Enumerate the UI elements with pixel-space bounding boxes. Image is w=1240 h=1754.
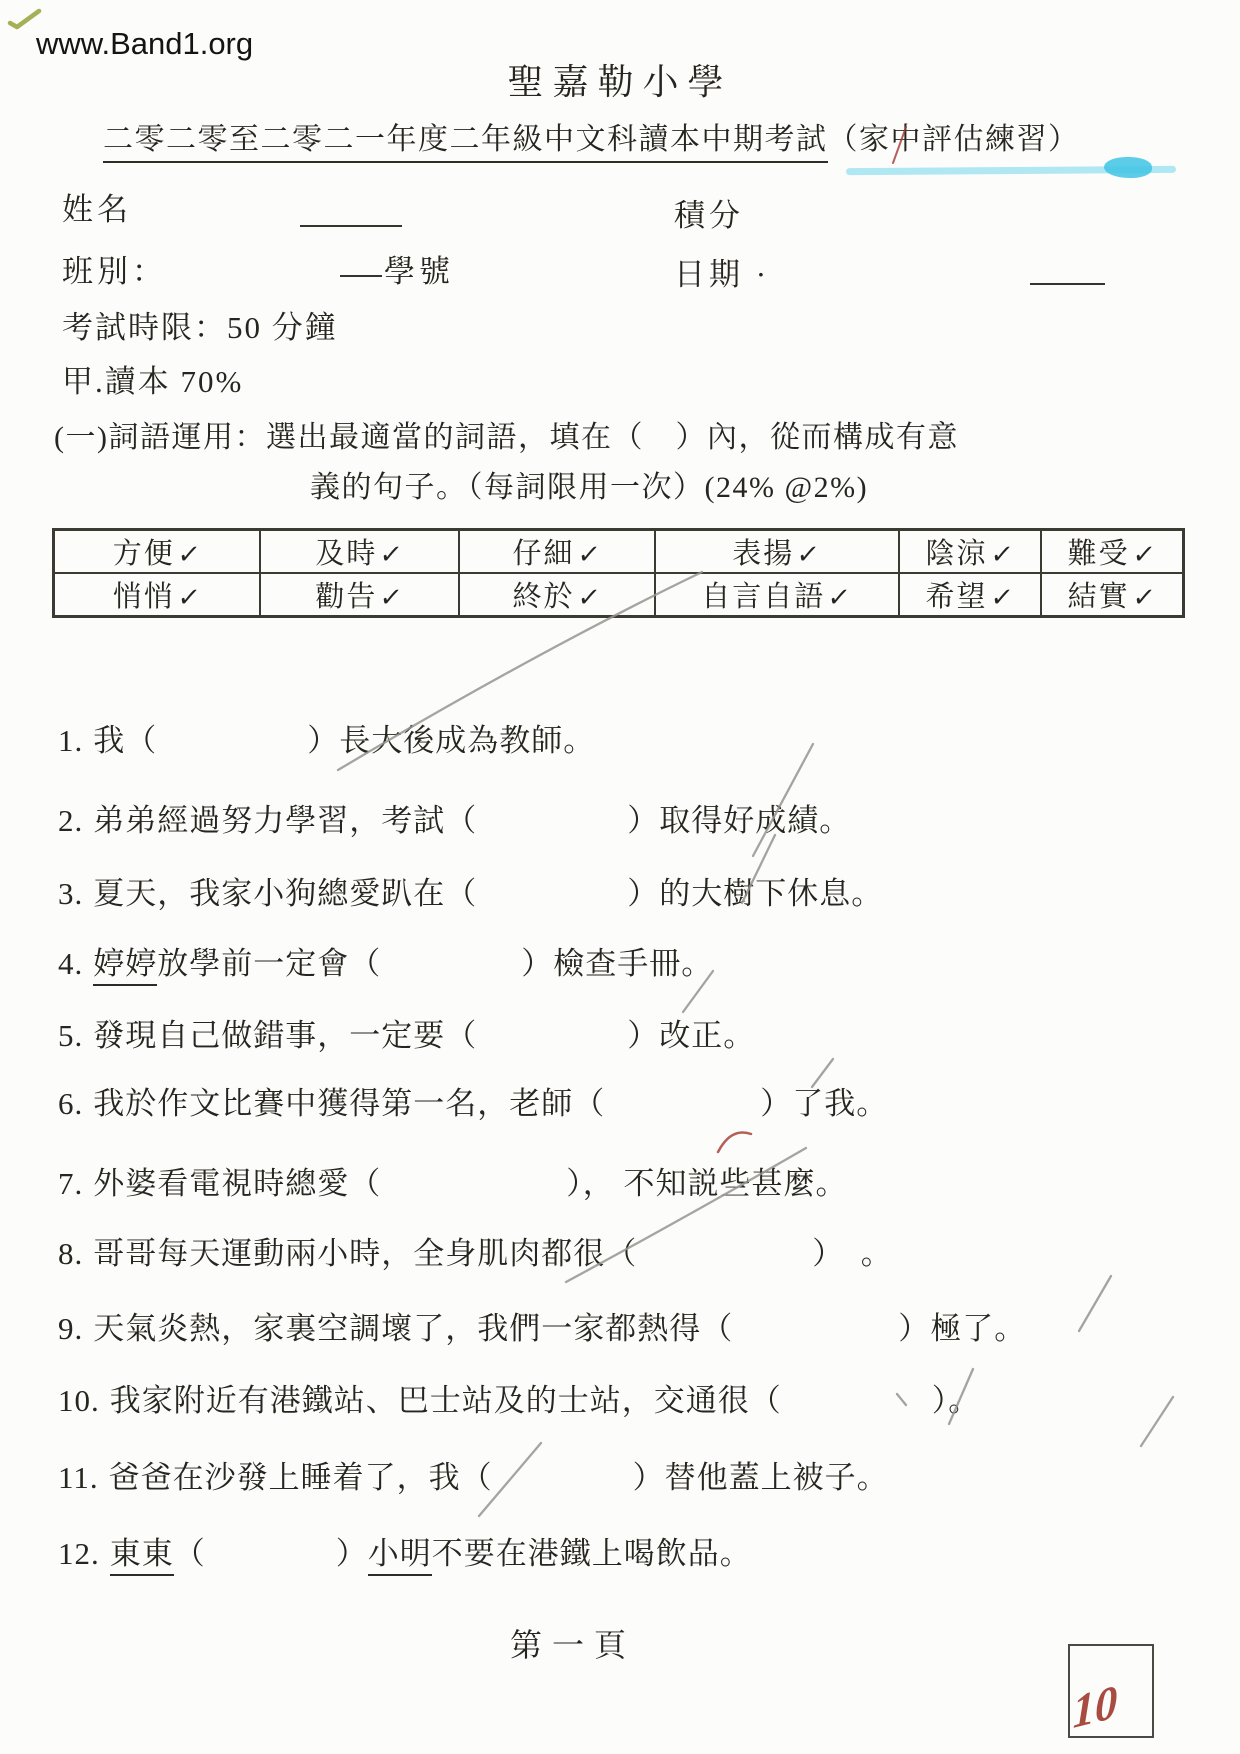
word-bank-word: 希望	[926, 581, 988, 613]
word-bank-cell: 方便✓	[54, 530, 261, 574]
question-text: 弟弟經過努力學習，考試（	[93, 803, 477, 838]
score-label: 積分	[674, 190, 744, 235]
question-5: 5.發現自己做錯事，一定要（）改正。	[58, 1010, 755, 1055]
question-number: 7.	[58, 1166, 83, 1201]
answer-blank	[157, 720, 307, 751]
question-text: ）替他蓋上被子。	[633, 1460, 889, 1495]
answer-blank	[381, 943, 521, 974]
question-text: ）改正。	[627, 1018, 755, 1053]
question-text: 我於作文比賽中獲得第一名，老師（	[93, 1086, 605, 1121]
question-number: 8.	[58, 1236, 83, 1271]
word-bank-cell: 終於✓	[459, 573, 654, 617]
handwritten-check-mark: ✓	[1131, 540, 1159, 570]
question-12: 12.東東（）小明不要在港鐵上喝飲品。	[58, 1528, 752, 1573]
word-bank-cell: 及時✓	[260, 530, 459, 574]
cyan-highlight-blob	[1104, 157, 1152, 178]
handwritten-check-mark: ✓	[988, 540, 1016, 570]
handwritten-check-mark: ✓	[378, 583, 406, 613]
handwritten-check-mark: ✓	[378, 540, 406, 570]
word-bank-word: 陰涼	[926, 538, 988, 570]
question-text: （	[174, 1536, 206, 1571]
question-text: 不要在港鐵上喝飲品。	[432, 1536, 752, 1571]
question-text: 哥哥每天運動兩小時，全身肌肉都很（	[93, 1236, 637, 1271]
instruction-line-1: (一)詞語運用：選出最適當的詞語，填在（ ）內，從而構成有意	[54, 412, 959, 456]
time-limit: 考試時限：50 分鐘	[62, 302, 338, 347]
word-bank-word: 悄悄	[113, 581, 175, 613]
underlined-name: 小明	[368, 1536, 432, 1576]
answer-blank	[637, 1233, 812, 1264]
word-bank-cell: 勸告✓	[260, 573, 459, 617]
word-bank-cell: 希望✓	[899, 573, 1041, 617]
word-bank-cell: 悄悄✓	[54, 573, 261, 617]
school-name: 聖嘉勒小學	[0, 54, 1240, 105]
word-bank-word: 及時	[315, 538, 377, 570]
question-text: 天氣炎熱，家裏空調壞了，我們一家都熱得（	[93, 1311, 733, 1346]
date-label: 日期 ·	[674, 249, 770, 294]
score-box: 10	[1068, 1644, 1154, 1738]
handwritten-check-mark: ✓	[575, 583, 603, 613]
exam-title: 二零二零至二零二一年度二年級中文科讀本中期考試（家中評估練習）	[103, 114, 1080, 158]
class-label: 班別：	[62, 246, 167, 291]
section-a-heading: 甲.讀本 70%	[62, 356, 243, 401]
question-number: 9.	[58, 1311, 83, 1346]
question-text: ）的大樹下休息。	[627, 876, 883, 911]
question-text: ） 。	[812, 1236, 893, 1271]
word-bank-word: 自言自語	[701, 581, 825, 613]
name-label: 姓名	[62, 184, 132, 229]
word-bank-cell: 難受✓	[1041, 530, 1183, 574]
page-number-label: 第一頁	[510, 1620, 636, 1666]
underlined-name: 東東	[110, 1536, 174, 1576]
student-no-blank-line	[340, 275, 382, 277]
answer-blank	[477, 873, 627, 904]
question-9: 9.天氣炎熱，家裏空調壞了，我們一家都熱得（）極了。	[58, 1303, 1026, 1348]
pencil-slash-q10-right	[1141, 1397, 1173, 1446]
question-4: 4.婷婷放學前一定會（）檢查手冊。	[58, 938, 713, 983]
question-number: 1.	[58, 723, 83, 758]
word-bank-cell: 陰涼✓	[899, 530, 1041, 574]
answer-blank	[381, 1163, 566, 1194]
answer-blank	[477, 800, 627, 831]
word-bank-row: 悄悄✓勸告✓終於✓自言自語✓希望✓結實✓	[54, 573, 1184, 617]
question-number: 10.	[58, 1383, 100, 1418]
question-6: 6.我於作文比賽中獲得第一名，老師（）了我。	[58, 1078, 888, 1123]
question-text: ）， 不知説些甚麼。	[566, 1166, 847, 1201]
handwritten-check-mark: ✓	[1131, 583, 1159, 613]
question-text: ）長大後成為教師。	[307, 723, 595, 758]
question-text: ）	[336, 1536, 368, 1571]
word-bank-cell: 結實✓	[1041, 573, 1183, 617]
question-number: 12.	[58, 1536, 100, 1571]
word-bank-word: 表揚	[732, 538, 794, 570]
question-3: 3.夏天，我家小狗總愛趴在（）的大樹下休息。	[58, 868, 883, 913]
question-text: 外婆看電視時總愛（	[93, 1166, 381, 1201]
word-bank-word: 勸告	[315, 581, 377, 613]
question-number: 5.	[58, 1018, 83, 1053]
handwritten-check-mark: ✓	[826, 583, 854, 613]
question-number: 3.	[58, 876, 83, 911]
word-bank-table: 方便✓及時✓仔細✓表揚✓陰涼✓難受✓悄悄✓勸告✓終於✓自言自語✓希望✓結實✓	[52, 528, 1185, 618]
question-text: 爸爸在沙發上睡着了，我（	[109, 1460, 493, 1495]
word-bank-word: 仔細	[512, 538, 574, 570]
word-bank-word: 難受	[1068, 538, 1130, 570]
instruction-line-2: 義的句子。（每詞限用一次）(24% @2%)	[310, 462, 868, 506]
question-7: 7.外婆看電視時總愛（）， 不知説些甚麼。	[58, 1158, 848, 1203]
answer-blank	[605, 1083, 760, 1114]
answer-blank	[782, 1380, 932, 1411]
question-number: 2.	[58, 803, 83, 838]
question-10: 10.我家附近有港鐵站、巴士站及的士站，交通很（）。	[58, 1375, 980, 1420]
question-text: ）極了。	[898, 1311, 1026, 1346]
word-bank-cell: 自言自語✓	[655, 573, 899, 617]
question-text: ）。	[932, 1383, 981, 1418]
name-blank-line	[300, 225, 402, 227]
question-text: 夏天，我家小狗總愛趴在（	[93, 876, 477, 911]
handwritten-check-mark: ✓	[176, 540, 204, 570]
word-bank-word: 方便	[113, 538, 175, 570]
question-number: 4.	[58, 946, 83, 981]
question-text: ）了我。	[760, 1086, 888, 1121]
underlined-name: 婷婷	[93, 946, 157, 986]
question-2: 2.弟弟經過努力學習，考試（）取得好成績。	[58, 795, 851, 840]
question-text: ）檢查手冊。	[521, 946, 713, 981]
red-tick-q7	[718, 1132, 751, 1152]
question-1: 1.我（）長大後成為教師。	[58, 715, 595, 760]
handwritten-check-mark: ✓	[795, 540, 823, 570]
question-number: 6.	[58, 1086, 83, 1121]
exam-title-underlined: 二零二零至二零二一年度二年級中文科讀本中期考試	[103, 123, 828, 163]
answer-blank	[493, 1457, 633, 1488]
exam-title-suffix: （家中評估練習）	[828, 123, 1080, 156]
handwritten-check-mark: ✓	[575, 540, 603, 570]
handwritten-check-mark: ✓	[988, 583, 1016, 613]
answer-blank	[477, 1015, 627, 1046]
word-bank-word: 結實	[1068, 581, 1130, 613]
question-text: 放學前一定會（	[157, 946, 381, 981]
answer-blank	[206, 1533, 336, 1564]
date-blank-line	[1030, 283, 1105, 285]
handwritten-score: 10	[1073, 1674, 1118, 1740]
handwritten-check-mark: ✓	[176, 583, 204, 613]
word-bank-body: 方便✓及時✓仔細✓表揚✓陰涼✓難受✓悄悄✓勸告✓終於✓自言自語✓希望✓結實✓	[54, 530, 1184, 617]
student-no-label: 學號	[384, 246, 454, 291]
pencil-slash-q9	[1079, 1276, 1111, 1331]
question-number: 11.	[58, 1460, 99, 1495]
word-bank-cell: 仔細✓	[459, 530, 654, 574]
answer-blank	[733, 1308, 898, 1339]
exam-page-scan: www.Band1.org 聖嘉勒小學 二零二零至二零二一年度二年級中文科讀本中…	[0, 0, 1240, 1754]
question-11: 11.爸爸在沙發上睡着了，我（）替他蓋上被子。	[58, 1452, 889, 1497]
question-8: 8.哥哥每天運動兩小時，全身肌肉都很（） 。	[58, 1228, 893, 1273]
word-bank-cell: 表揚✓	[655, 530, 899, 574]
question-text: ）取得好成績。	[627, 803, 851, 838]
word-bank-word: 終於	[512, 581, 574, 613]
question-text: 我（	[93, 723, 157, 758]
question-text: 我家附近有港鐵站、巴士站及的士站，交通很（	[110, 1383, 782, 1418]
question-text: 發現自己做錯事，一定要（	[93, 1018, 477, 1053]
word-bank-row: 方便✓及時✓仔細✓表揚✓陰涼✓難受✓	[54, 530, 1184, 574]
